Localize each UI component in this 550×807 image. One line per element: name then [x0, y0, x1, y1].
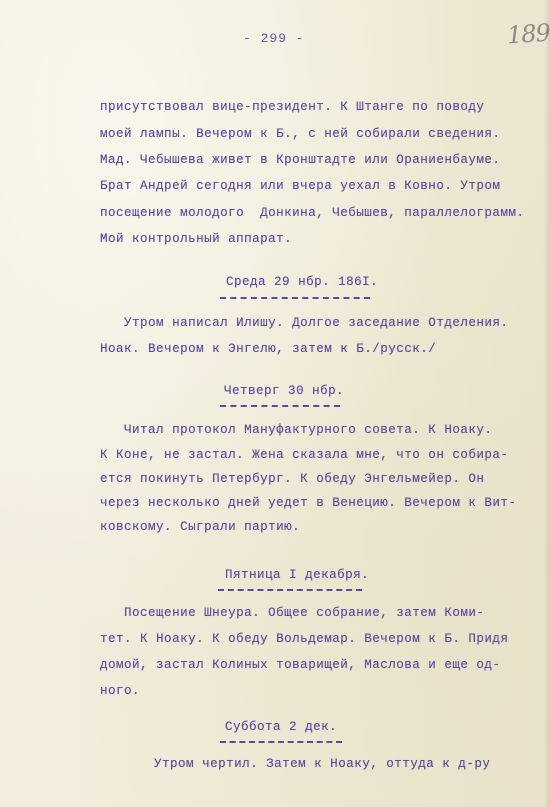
- text-line: присутствовал вице-президент. К Штанге п…: [100, 100, 484, 114]
- text-line: Мад. Чебышева живет в Кронштадте или Ора…: [100, 153, 500, 167]
- handwritten-archive-number: 189: [506, 19, 550, 50]
- entry-heading: Суббота 2 дек.: [225, 720, 337, 734]
- text-line: тет. К Ноаку. К обеду Вольдемар. Вечером…: [100, 632, 508, 646]
- text-line: Мой контрольный аппарат.: [100, 232, 292, 246]
- text-line: посещение молодого Донкина, Чебышев, пар…: [100, 206, 524, 220]
- page-number: - 299 -: [243, 31, 305, 46]
- text-line: домой, застал Колиных товарищей, Маслова…: [100, 658, 500, 672]
- text-line: ного.: [100, 684, 140, 698]
- text-line: К Коне, не застал. Жена сказала мне, что…: [100, 448, 508, 462]
- document-page: - 299 - 189 присутствовал вице-президент…: [0, 0, 550, 807]
- text-line: Посещение Шнеура. Общее собрание, затем …: [100, 606, 484, 620]
- text-line: Утром чертил. Затем к Ноаку, оттуда к д-…: [130, 757, 490, 771]
- heading-underline: [220, 405, 340, 407]
- heading-underline: [220, 741, 342, 743]
- entry-heading: Четверг 30 нбр.: [224, 384, 344, 398]
- page-edge-shadow: [544, 0, 550, 807]
- text-line: через несколько дней уедет в Венецию. Ве…: [100, 496, 516, 510]
- entry-heading: Среда 29 нбр. 186I.: [226, 275, 378, 289]
- text-line: Брат Андрей сегодня или вчера уехал в Ко…: [100, 179, 500, 193]
- text-line: Читал протокол Мануфактурного совета. К …: [100, 423, 492, 437]
- text-line: Ноак. Вечером к Энгелю, затем к Б./русск…: [100, 342, 436, 356]
- text-line: ковскому. Сыграли партию.: [100, 520, 300, 534]
- entry-heading: Пятница I декабря.: [225, 568, 369, 582]
- heading-underline: [220, 297, 370, 299]
- text-line: ется покинуть Петербург. К обеду Энгельм…: [100, 472, 484, 486]
- text-line: Утром написал Илишу. Долгое заседание От…: [100, 316, 508, 330]
- text-line: моей лампы. Вечером к Б., с ней собирали…: [100, 127, 500, 141]
- heading-underline: [218, 589, 362, 591]
